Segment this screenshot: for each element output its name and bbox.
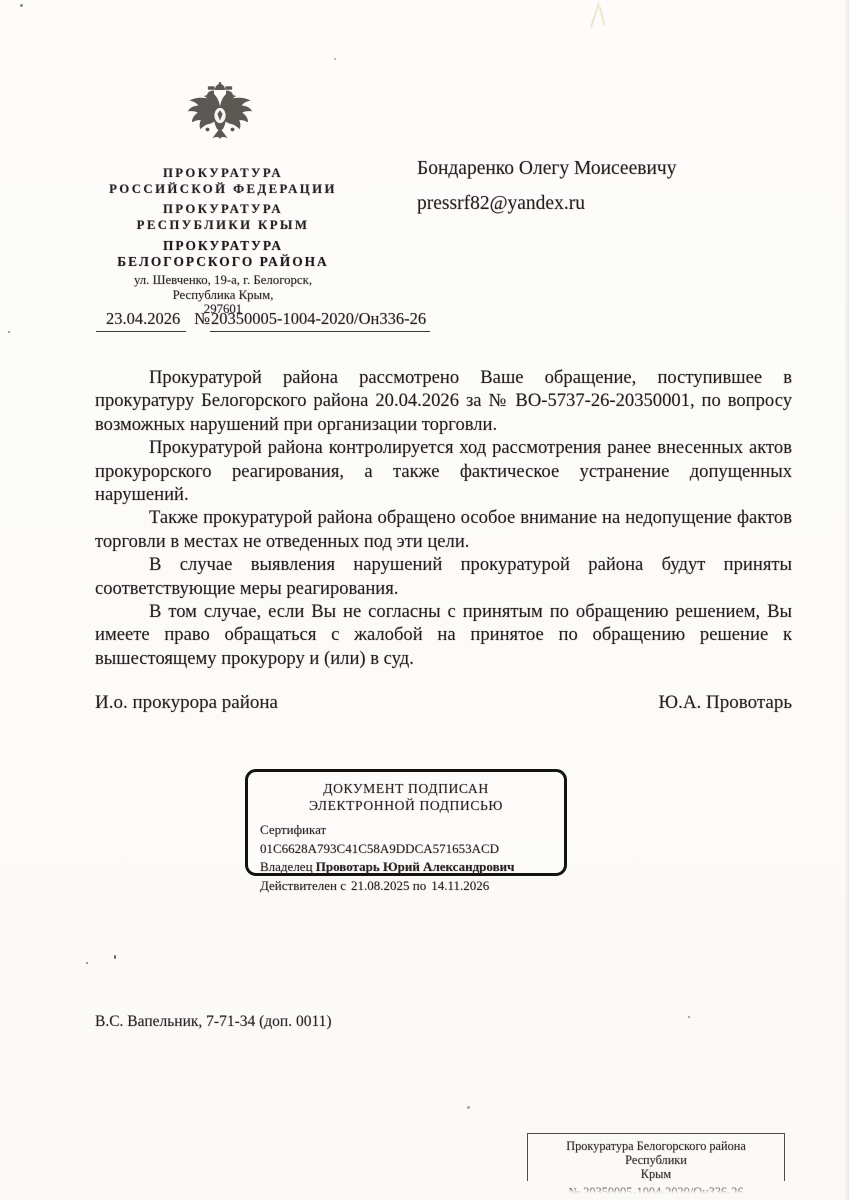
esign-owner-line: Владелец Провотарь Юрий Александрович (260, 858, 564, 877)
executor-contact: В.С. Вапельник, 7-71-34 (доп. 0011) (95, 1013, 332, 1031)
number-sign: № (194, 309, 210, 328)
address-line: ул. Шевченко, 19-а, г. Белогорск, (82, 273, 364, 288)
registration-stamp: Прокуратура Белогорского района Республи… (527, 1133, 785, 1181)
body-paragraph: Также прокуратурой района обращено особо… (95, 506, 792, 553)
body-paragraph: В случае выявления нарушений прокуратуро… (95, 553, 792, 600)
org-line: БЕЛОГОРСКОГО РАЙОНА (82, 254, 364, 270)
scanned-letter-page: ПРОКУРАТУРА РОССИЙСКОЙ ФЕДЕРАЦИИ ПРОКУРА… (0, 0, 849, 1200)
signer-position: И.о. прокурора района (95, 692, 278, 714)
esign-title-line: ДОКУМЕНТ ПОДПИСАН (248, 781, 564, 798)
signature-row: И.о. прокурора района Ю.А. Провотарь (95, 692, 792, 714)
reference-line: 23.04.2026№20350005-1004-2020/Он336-26 (96, 309, 430, 332)
scan-speck (688, 1016, 690, 1018)
org-line: ПРОКУРАТУРА (82, 238, 364, 254)
signer-name: Ю.А. Провотарь (659, 692, 792, 714)
esign-title-line: ЭЛЕКТРОННОЙ ПОДПИСЬЮ (248, 798, 564, 815)
stamp-number: № 20350005-1004-2020/Он336-26 (536, 1185, 776, 1194)
address-line: Республика Крым, (82, 288, 364, 303)
valid-from-date: 21.08.2025 (351, 878, 410, 893)
esign-certificate-line: Сертификат 01C6628A793C41C58A9DDCA571653… (260, 821, 564, 858)
org-name-federation: ПРОКУРАТУРА РОССИЙСКОЙ ФЕДЕРАЦИИ (82, 166, 364, 197)
scan-streak (599, 6, 606, 26)
electronic-signature-stamp: ДОКУМЕНТ ПОДПИСАН ЭЛЕКТРОННОЙ ПОДПИСЬЮ С… (245, 769, 567, 876)
esign-details: Сертификат 01C6628A793C41C58A9DDCA571653… (248, 821, 564, 895)
addressee-email: pressrf82@yandex.ru (417, 192, 676, 216)
org-line: ПРОКУРАТУРА (82, 202, 364, 218)
stamp-org-name: Прокуратура Белогорского района Республи… (536, 1139, 776, 1182)
scan-speck (86, 962, 88, 964)
letterhead: ПРОКУРАТУРА РОССИЙСКОЙ ФЕДЕРАЦИИ ПРОКУРА… (82, 166, 364, 317)
owner-name: Провотарь Юрий Александрович (316, 859, 515, 874)
coat-of-arms-eagle-icon (187, 82, 253, 148)
scan-edge-shading (844, 0, 849, 1200)
certificate-value: 01C6628A793C41C58A9DDCA571653ACD (260, 841, 499, 856)
esign-title: ДОКУМЕНТ ПОДПИСАН ЭЛЕКТРОННОЙ ПОДПИСЬЮ (248, 781, 564, 814)
org-name-republic: ПРОКУРАТУРА РЕСПУБЛИКИ КРЫМ (82, 202, 364, 233)
addressee-name: Бондаренко Олегу Моисеевичу (417, 157, 676, 181)
org-line: ПРОКУРАТУРА (82, 166, 364, 182)
letter-number: 20350005-1004-2020/Он336-26 (210, 309, 430, 332)
scan-speck (20, 4, 23, 7)
scan-speck (467, 1106, 470, 1109)
valid-to-date: 14.11.2026 (431, 878, 489, 893)
org-name-district: ПРОКУРАТУРА БЕЛОГОРСКОГО РАЙОНА (82, 238, 364, 269)
org-line: РОССИЙСКОЙ ФЕДЕРАЦИИ (82, 182, 364, 198)
body-paragraph: Прокуратурой района рассмотрено Ваше обр… (95, 366, 792, 436)
org-line: РЕСПУБЛИКИ КРЫМ (82, 218, 364, 234)
addressee-block: Бондаренко Олегу Моисеевичу pressrf82@ya… (417, 157, 676, 216)
body-paragraph: Прокуратурой района контролируется ход р… (95, 436, 792, 506)
scan-speck (114, 955, 116, 959)
letter-date: 23.04.2026 (96, 309, 186, 332)
body-paragraph: В том случае, если Вы не согласны с прин… (95, 600, 792, 670)
scan-speck (334, 58, 336, 60)
esign-validity-line: Действителен с21.08.2025 по14.11.2026 (260, 877, 564, 896)
scan-speck (8, 331, 10, 333)
letter-body: Прокуратурой района рассмотрено Ваше обр… (95, 366, 792, 670)
